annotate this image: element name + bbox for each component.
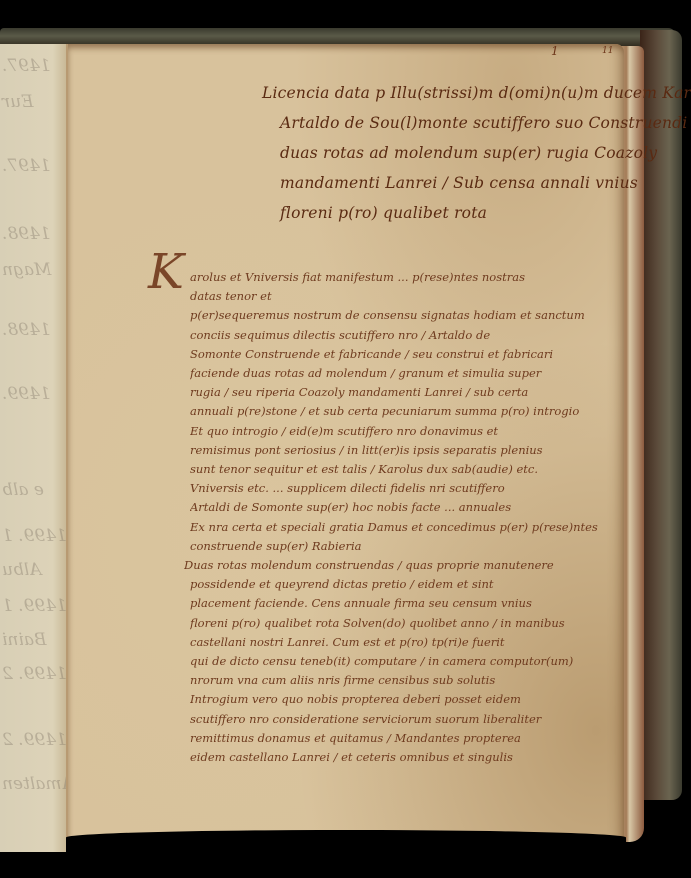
heading-line: mandamenti Lanrei / Sub censa annali vni… [268, 168, 628, 198]
ghost-text: 1499. 1 [2, 526, 66, 546]
body-line: conciis sequimus dilectis scutiffero nro… [190, 326, 600, 345]
body-line: Et quo introgio / eid(e)m scutiffero nro… [190, 422, 600, 441]
body-line: nrorum vna cum aliis nris firme censibus… [190, 671, 600, 690]
ghost-text: 1498. [2, 320, 51, 340]
ghost-text: Albu [2, 560, 42, 580]
heading-line: duas rotas ad molendum sup(er) rugia Coa… [268, 138, 628, 168]
body-line: p(er)sequeremus nostrum de consensu sign… [190, 306, 600, 325]
body-line: Ex nra certa et speciali gratia Damus et… [190, 518, 600, 537]
body-line: Vniversis etc. ... supplicem dilecti fid… [190, 479, 600, 498]
body-line: Somonte Construende et fabricande / seu … [190, 345, 600, 364]
heading-line: floreni p(ro) qualibet rota [268, 198, 628, 228]
body-line: faciende duas rotas ad molendum / granum… [190, 364, 600, 383]
ghost-text: 1497. [2, 156, 51, 176]
body-line: eidem castellano Lanrei / et ceteris omn… [190, 748, 600, 767]
body-line: placement faciende. Cens annuale firma s… [190, 594, 600, 613]
body-line: Introgium vero quo nobis propterea deber… [190, 690, 600, 709]
body-line: annuali p(re)stone / et sub certa pecuni… [190, 402, 600, 421]
ghost-text: e alb [2, 480, 44, 500]
body-line: sunt tenor sequitur et est talis / Karol… [190, 460, 600, 479]
ghost-text: 1497. [2, 56, 51, 76]
body-line: arolus et Vniversis fiat manifestum ... … [190, 268, 600, 287]
body-line: remittimus donamus et quitamus / Mandant… [190, 729, 600, 748]
document-body: arolus et Vniversis fiat manifestum ... … [190, 268, 600, 767]
body-line: scutiffero nro consideratione servicioru… [190, 710, 600, 729]
ghost-text: Magn [2, 260, 51, 280]
ghost-text: 1499. [2, 384, 51, 404]
ghost-text: Amalten [2, 774, 66, 794]
folio-number-secondary: 11 [602, 46, 613, 56]
ghost-text: Eur [2, 92, 34, 112]
page-bottom-shadow [66, 830, 626, 860]
body-line: qui de dicto censu teneb(it) computare /… [190, 652, 600, 671]
decorated-initial: K [148, 248, 184, 296]
rubric-heading: Licencia data p Illu(strissi)m d(omi)n(u… [268, 78, 628, 228]
body-line: datas tenor et [190, 287, 600, 306]
ghost-text: 1499. 2 [2, 730, 66, 750]
body-line: castellani nostri Lanrei. Cum est et p(r… [190, 633, 600, 652]
body-line: Duas rotas molendum construendas / quas … [184, 556, 600, 575]
ghost-text: 1499. 1 [2, 596, 66, 616]
heading-line: Artaldo de Sou(l)monte scutiffero suo Co… [268, 108, 628, 138]
ghost-text: 1499. 2 [2, 664, 66, 684]
folio-number: 1 [551, 44, 559, 58]
body-line: rugia / seu riperia Coazoly mandamenti L… [190, 383, 600, 402]
body-line: remisimus pont seriosius / in litt(er)is… [190, 441, 600, 460]
facing-page: 1497. Eur 1497. 1498. Magn 1498. 1499. e… [0, 44, 66, 852]
body-line: floreni p(ro) qualibet rota Solven(do) q… [190, 614, 600, 633]
body-line: Artaldi de Somonte sup(er) hoc nobis fac… [190, 498, 600, 517]
body-line: construende sup(er) Rabieria [190, 537, 600, 556]
ghost-text: 1498. [2, 224, 51, 244]
ghost-text: Baini [2, 630, 46, 650]
body-line: possidende et queyrend dictas pretio / e… [190, 575, 600, 594]
heading-line: Licencia data p Illu(strissi)m d(omi)n(u… [262, 78, 628, 108]
